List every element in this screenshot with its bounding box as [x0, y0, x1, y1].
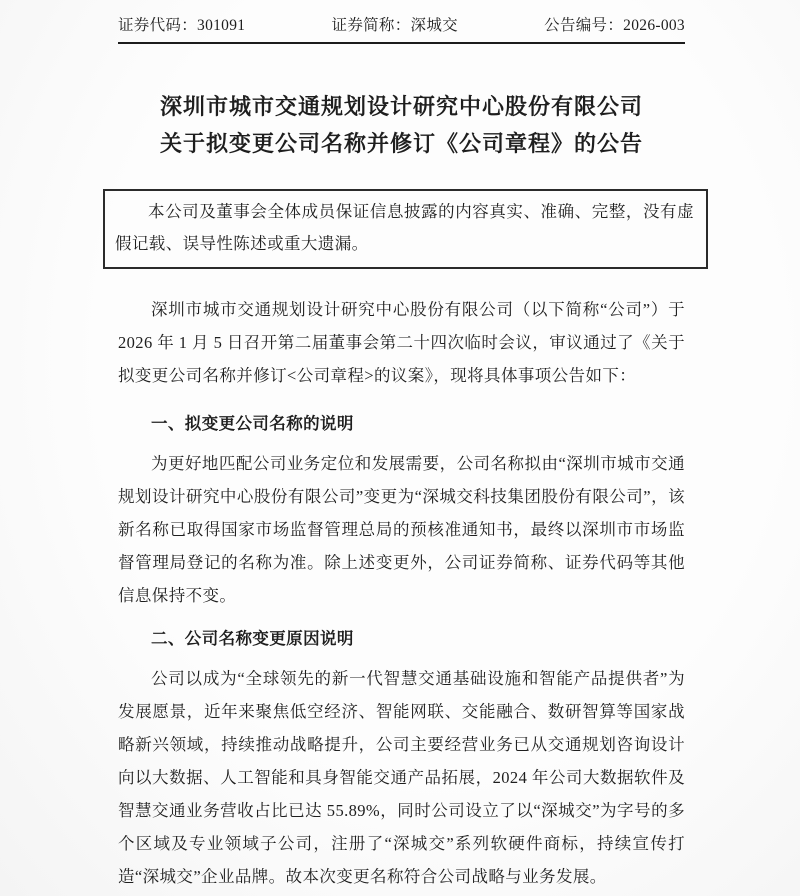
stock-code-value: 301091	[197, 17, 245, 34]
stock-short-name-value: 深城交	[411, 17, 458, 34]
document-body: 深圳市城市交通规划设计研究中心股份有限公司（以下简称“公司”）于 2026 年 …	[118, 293, 685, 893]
title-line-1: 深圳市城市交通规划设计研究中心股份有限公司	[118, 88, 685, 125]
disclaimer-box: 本公司及董事会全体成员保证信息披露的内容真实、准确、完整，没有虚假记载、误导性陈…	[103, 189, 708, 269]
announcement-number-label: 公告编号：	[544, 17, 623, 34]
intro-paragraph: 深圳市城市交通规划设计研究中心股份有限公司（以下简称“公司”）于 2026 年 …	[118, 293, 685, 392]
title-line-2: 关于拟变更公司名称并修订《公司章程》的公告	[118, 125, 685, 162]
document-title: 深圳市城市交通规划设计研究中心股份有限公司 关于拟变更公司名称并修订《公司章程》…	[118, 88, 685, 162]
announcement-page: 证券代码：301091 证券简称：深城交 公告编号：2026-003 深圳市城市…	[0, 0, 800, 896]
disclaimer-text: 本公司及董事会全体成员保证信息披露的内容真实、准确、完整，没有虚假记载、误导性陈…	[115, 202, 694, 253]
announcement-number: 公告编号：2026-003	[544, 16, 685, 36]
stock-short-name-label: 证券简称：	[332, 17, 411, 34]
section-1-heading: 一、拟变更公司名称的说明	[118, 407, 685, 440]
stock-code-label: 证券代码：	[118, 17, 197, 34]
section-2-heading: 二、公司名称变更原因说明	[118, 622, 685, 655]
announcement-number-value: 2026-003	[623, 17, 685, 34]
document-header: 证券代码：301091 证券简称：深城交 公告编号：2026-003	[118, 16, 685, 44]
stock-short-name: 证券简称：深城交	[332, 16, 458, 36]
stock-code: 证券代码：301091	[118, 16, 245, 36]
section-2-paragraph: 公司以成为“全球领先的新一代智慧交通基础设施和智能产品提供者”为发展愿景，近年来…	[118, 662, 685, 893]
section-1-paragraph: 为更好地匹配公司业务定位和发展需要，公司名称拟由“深圳市城市交通规划设计研究中心…	[118, 447, 685, 612]
